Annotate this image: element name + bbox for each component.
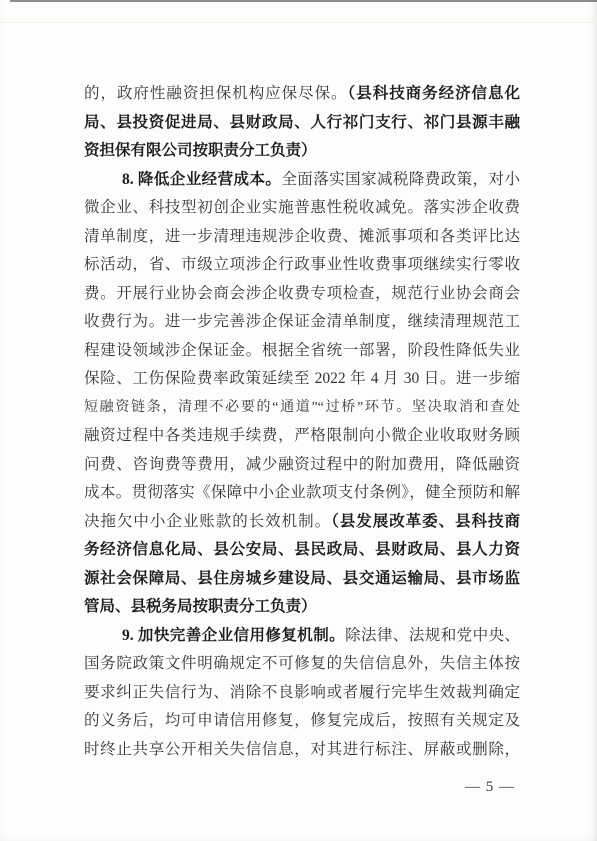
bold-text-segment: 源社会保障局、县住房城乡建设局、县交通运输局、县市场监 bbox=[84, 570, 520, 587]
text-segment: 费。开展行业协会商会涉企收费专项检查，规范行业协会商会 bbox=[84, 285, 520, 302]
text-line: 标活动，省、市级立项涉企行政事业性收费事项继续实行零收 bbox=[84, 251, 520, 280]
text-segment: 清单制度，进一步清理违规涉企收费、摊派事项和各类评比达 bbox=[84, 228, 520, 245]
text-line: 的义务后，均可申请信用修复，修复完成后，按照有关规定及 bbox=[84, 707, 520, 736]
text-segment: 的义务后，均可申请信用修复，修复完成后，按照有关规定及 bbox=[84, 712, 520, 729]
bold-text-segment: 8. 降低企业经营成本。 bbox=[122, 171, 281, 188]
text-line: 时终止共享公开相关失信信息，对其进行标注、屏蔽或删除， bbox=[84, 736, 520, 765]
text-segment: 成本。贯彻落实《保障中小企业款项支付条例》，健全预防和解 bbox=[84, 484, 520, 501]
page-number: — 5 — bbox=[465, 779, 515, 796]
text-line: 融资过程中各类违规手续费，严格限制向小微企业收取财务顾 bbox=[84, 422, 520, 451]
bold-text-segment: 局、县投资促进局、县财政局、人行祁门支行、祁门县源丰融 bbox=[84, 114, 520, 131]
text-segment: 全面落实国家减税降费政策，对小 bbox=[281, 171, 520, 188]
text-segment: 保险、工伤保险费率政策延续至 2022 年 4 月 30 日。进一步缩 bbox=[84, 370, 520, 387]
text-segment: 除法律、法规和党中央、 bbox=[345, 627, 520, 644]
text-segment: 决拖欠中小企业账款的长效机制。 bbox=[84, 513, 331, 530]
document-text-block: 的，政府性融资担保机构应保尽保。（县科技商务经济信息化局、县投资促进局、县财政局… bbox=[84, 80, 520, 764]
scan-artifact-line bbox=[0, 22, 597, 23]
text-line: 9. 加快完善企业信用修复机制。除法律、法规和党中央、 bbox=[84, 622, 520, 651]
text-line: 费。开展行业协会商会涉企收费专项检查，规范行业协会商会 bbox=[84, 280, 520, 309]
text-line: 要求纠正失信行为、消除不良影响或者履行完毕生效裁判确定 bbox=[84, 679, 520, 708]
text-segment: 融资过程中各类违规手续费，严格限制向小微企业收取财务顾 bbox=[84, 427, 520, 444]
text-segment: 国务院政策文件明确规定不可修复的失信信息外，失信主体按 bbox=[84, 655, 520, 672]
text-segment: 标活动，省、市级立项涉企行政事业性收费事项继续实行零收 bbox=[84, 256, 520, 273]
text-line: 程建设领域涉企保证金。根据全省统一部署，阶段性降低失业 bbox=[84, 337, 520, 366]
scan-top-edge-artifact bbox=[10, 0, 597, 2]
text-line: 保险、工伤保险费率政策延续至 2022 年 4 月 30 日。进一步缩 bbox=[84, 365, 520, 394]
text-line: 清单制度，进一步清理违规涉企收费、摊派事项和各类评比达 bbox=[84, 223, 520, 252]
text-line: 国务院政策文件明确规定不可修复的失信信息外，失信主体按 bbox=[84, 650, 520, 679]
bold-text-segment: 务经济信息化局、县公安局、县民政局、县财政局、县人力资 bbox=[84, 541, 520, 558]
text-line: 源社会保障局、县住房城乡建设局、县交通运输局、县市场监 bbox=[84, 565, 520, 594]
text-line: 成本。贯彻落实《保障中小企业款项支付条例》，健全预防和解 bbox=[84, 479, 520, 508]
text-line: 局、县投资促进局、县财政局、人行祁门支行、祁门县源丰融 bbox=[84, 109, 520, 138]
bold-text-segment: 9. 加快完善企业信用修复机制。 bbox=[122, 627, 345, 644]
text-segment: 的，政府性融资担保机构应保尽保。 bbox=[84, 85, 348, 102]
text-line: 的，政府性融资担保机构应保尽保。（县科技商务经济信息化 bbox=[84, 80, 520, 109]
text-segment: 短融资链条，清理不必要的“通道”“过桥”环节。坚决取消和查处 bbox=[84, 400, 520, 415]
text-segment: 收费行为。进一步完善涉企保证金清单制度，继续清理规范工 bbox=[84, 313, 520, 330]
text-segment: 问费、咨询费等费用，减少融资过程中的附加费用，降低融资 bbox=[84, 456, 520, 473]
text-line: 管局、县税务局按职责分工负责） bbox=[84, 593, 520, 622]
text-segment: 时终止共享公开相关失信信息，对其进行标注、屏蔽或删除， bbox=[84, 741, 520, 758]
text-segment: 微企业、科技型初创企业实施普惠性税收减免。落实涉企收费 bbox=[84, 199, 520, 216]
text-line: 收费行为。进一步完善涉企保证金清单制度，继续清理规范工 bbox=[84, 308, 520, 337]
text-segment: 程建设领域涉企保证金。根据全省统一部署，阶段性降低失业 bbox=[84, 342, 520, 359]
bold-text-segment: 资担保有限公司按职责分工负责） bbox=[84, 142, 317, 159]
text-line: 8. 降低企业经营成本。全面落实国家减税降费政策，对小 bbox=[84, 166, 520, 195]
text-line: 问费、咨询费等费用，减少融资过程中的附加费用，降低融资 bbox=[84, 451, 520, 480]
text-line: 务经济信息化局、县公安局、县民政局、县财政局、县人力资 bbox=[84, 536, 520, 565]
text-line: 微企业、科技型初创企业实施普惠性税收减免。落实涉企收费 bbox=[84, 194, 520, 223]
text-line: 决拖欠中小企业账款的长效机制。（县发展改革委、县科技商 bbox=[84, 508, 520, 537]
bold-text-segment: （县发展改革委、县科技商 bbox=[331, 513, 520, 530]
text-line: 资担保有限公司按职责分工负责） bbox=[84, 137, 520, 166]
bold-text-segment: 管局、县税务局按职责分工负责） bbox=[84, 598, 317, 615]
text-segment: 要求纠正失信行为、消除不良影响或者履行完毕生效裁判确定 bbox=[84, 684, 520, 701]
bold-text-segment: （县科技商务经济信息化 bbox=[348, 85, 520, 102]
text-line: 短融资链条，清理不必要的“通道”“过桥”环节。坚决取消和查处 bbox=[84, 394, 520, 423]
scanned-document-page: 的，政府性融资担保机构应保尽保。（县科技商务经济信息化局、县投资促进局、县财政局… bbox=[0, 0, 597, 841]
